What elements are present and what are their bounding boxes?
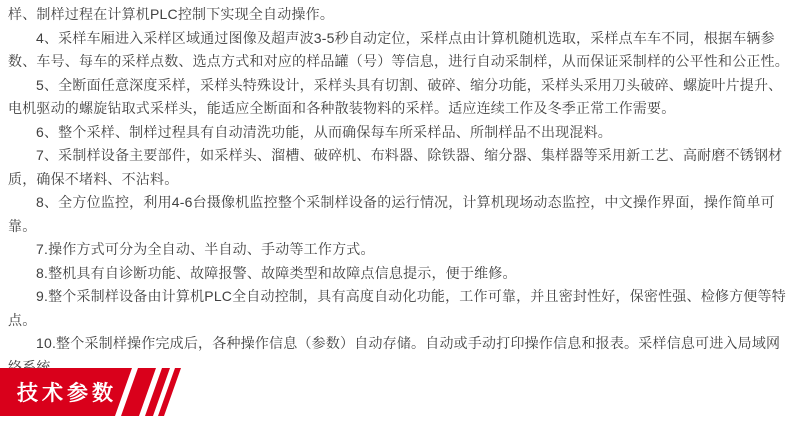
body-paragraph: 8.整机具有自诊断功能、故障报警、故障类型和故障点信息提示，便于维修。: [8, 262, 792, 286]
body-paragraph: 9.整个采制样设备由计算机PLC全自动控制，具有高度自动化功能，工作可靠，并且密…: [8, 285, 792, 332]
body-paragraph: 7.操作方式可分为全自动、半自动、手动等工作方式。: [8, 238, 792, 262]
document-body: 样、制样过程在计算机PLC控制下实现全自动操作。 4、采样车厢进入采样区域通过图…: [0, 0, 800, 379]
body-paragraph: 8、全方位监控，利用4-6台摄像机监控整个采制样设备的运行情况，计算机现场动态监…: [8, 191, 792, 238]
section-banner-technical-parameters: 技术参数: [0, 368, 220, 416]
body-paragraph: 样、制样过程在计算机PLC控制下实现全自动操作。: [8, 3, 792, 27]
banner-title: 技术参数: [17, 377, 117, 407]
body-paragraph: 4、采样车厢进入采样区域通过图像及超声波3-5秒自动定位，采样点由计算机随机选取…: [8, 27, 792, 74]
body-paragraph: 6、整个采样、制样过程具有自动清洗功能，从而确保每车所采样品、所制样品不出现混料…: [8, 121, 792, 145]
body-paragraph: 7、采制样设备主要部件，如采样头、溜槽、破碎机、布料器、除铁器、缩分器、集样器等…: [8, 144, 792, 191]
body-paragraph: 5、全断面任意深度采样，采样头特殊设计，采样头具有切割、破碎、缩分功能，采样头采…: [8, 74, 792, 121]
